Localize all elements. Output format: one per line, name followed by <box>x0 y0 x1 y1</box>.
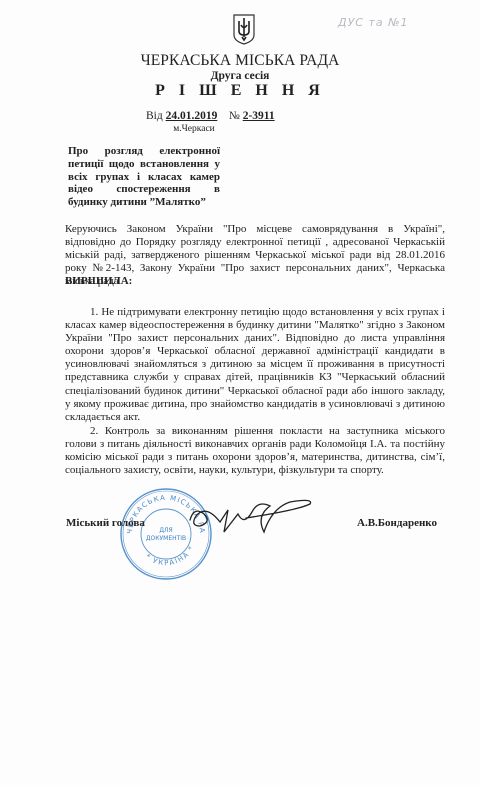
decision-item-2: 2. Контроль за виконанням рішення поклас… <box>65 425 445 477</box>
signatory-title: Міський голова <box>66 517 145 529</box>
svg-text:ДЛЯ: ДЛЯ <box>159 527 172 534</box>
svg-text:* УКРАЇНА *: * УКРАЇНА * <box>144 544 196 567</box>
number-prefix: № <box>229 110 240 122</box>
session-label: Друга сесія <box>0 70 480 82</box>
handwritten-note: ДУС та №1 <box>338 16 409 29</box>
document-type-title: Р І Ш Е Н Н Я <box>0 82 480 100</box>
svg-text:ДОКУМЕНТІВ: ДОКУМЕНТІВ <box>146 535 186 542</box>
resolved-heading: ВИРІШИЛА: <box>65 275 132 287</box>
signatory-name: А.В.Бондаренко <box>357 517 437 529</box>
city-label: м.Черкаси <box>124 124 264 134</box>
trident-coat-of-arms-icon <box>232 13 256 45</box>
council-name: ЧЕРКАСЬКА МІСЬКА РАДА <box>0 52 480 70</box>
handwritten-signature-icon <box>186 492 316 542</box>
decision-date: 24.01.2019 <box>166 110 218 122</box>
date-prefix: Від <box>146 110 163 122</box>
dateline: Від 24.01.2019 № 2-3911 <box>146 110 275 122</box>
decision-number: 2-3911 <box>243 110 275 122</box>
decision-subject: Про розгляд електронної петиції щодо вст… <box>68 145 220 209</box>
decision-item-1: 1. Не підтримувати електронну петицію що… <box>65 306 445 424</box>
